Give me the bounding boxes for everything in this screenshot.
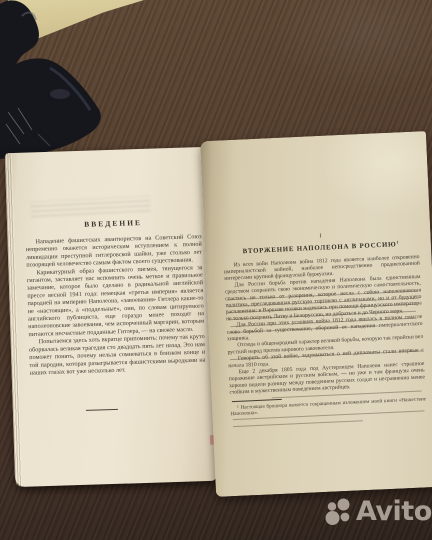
section-divider [86,409,118,411]
statue-figurine [0,0,110,166]
left-page-text-block: ВВЕДЕНИЕ Нападение фашистских авантюрист… [25,217,207,413]
avito-wordmark: Avito [356,498,432,525]
book-photo-scene: ВВЕДЕНИЕ Нападение фашистских авантюрист… [0,0,432,540]
book-right-page: I ВТОРЖЕНИЕ НАПОЛЕОНА В РОССИЮ1 Из всех … [200,131,432,497]
pencil-underline [233,420,363,427]
paragraph: Карикатурный образ фашистского пигмея, т… [26,263,204,338]
left-page-heading: ВВЕДЕНИЕ [25,217,201,231]
heading-footnote-mark: 1 [396,240,399,245]
paragraph: Попытаемся здесь хоть вкратце припомнить… [29,333,206,377]
avito-watermark: Avito [324,498,432,525]
avito-logo-icon [324,498,351,525]
book-left-page: ВВЕДЕНИЕ Нападение фашистских авантюрист… [5,147,217,487]
page-bleedthrough [30,196,151,218]
heading-text: ВТОРЖЕНИЕ НАПОЛЕОНА В РОССИЮ [242,240,396,254]
footnote-separator [232,399,282,402]
